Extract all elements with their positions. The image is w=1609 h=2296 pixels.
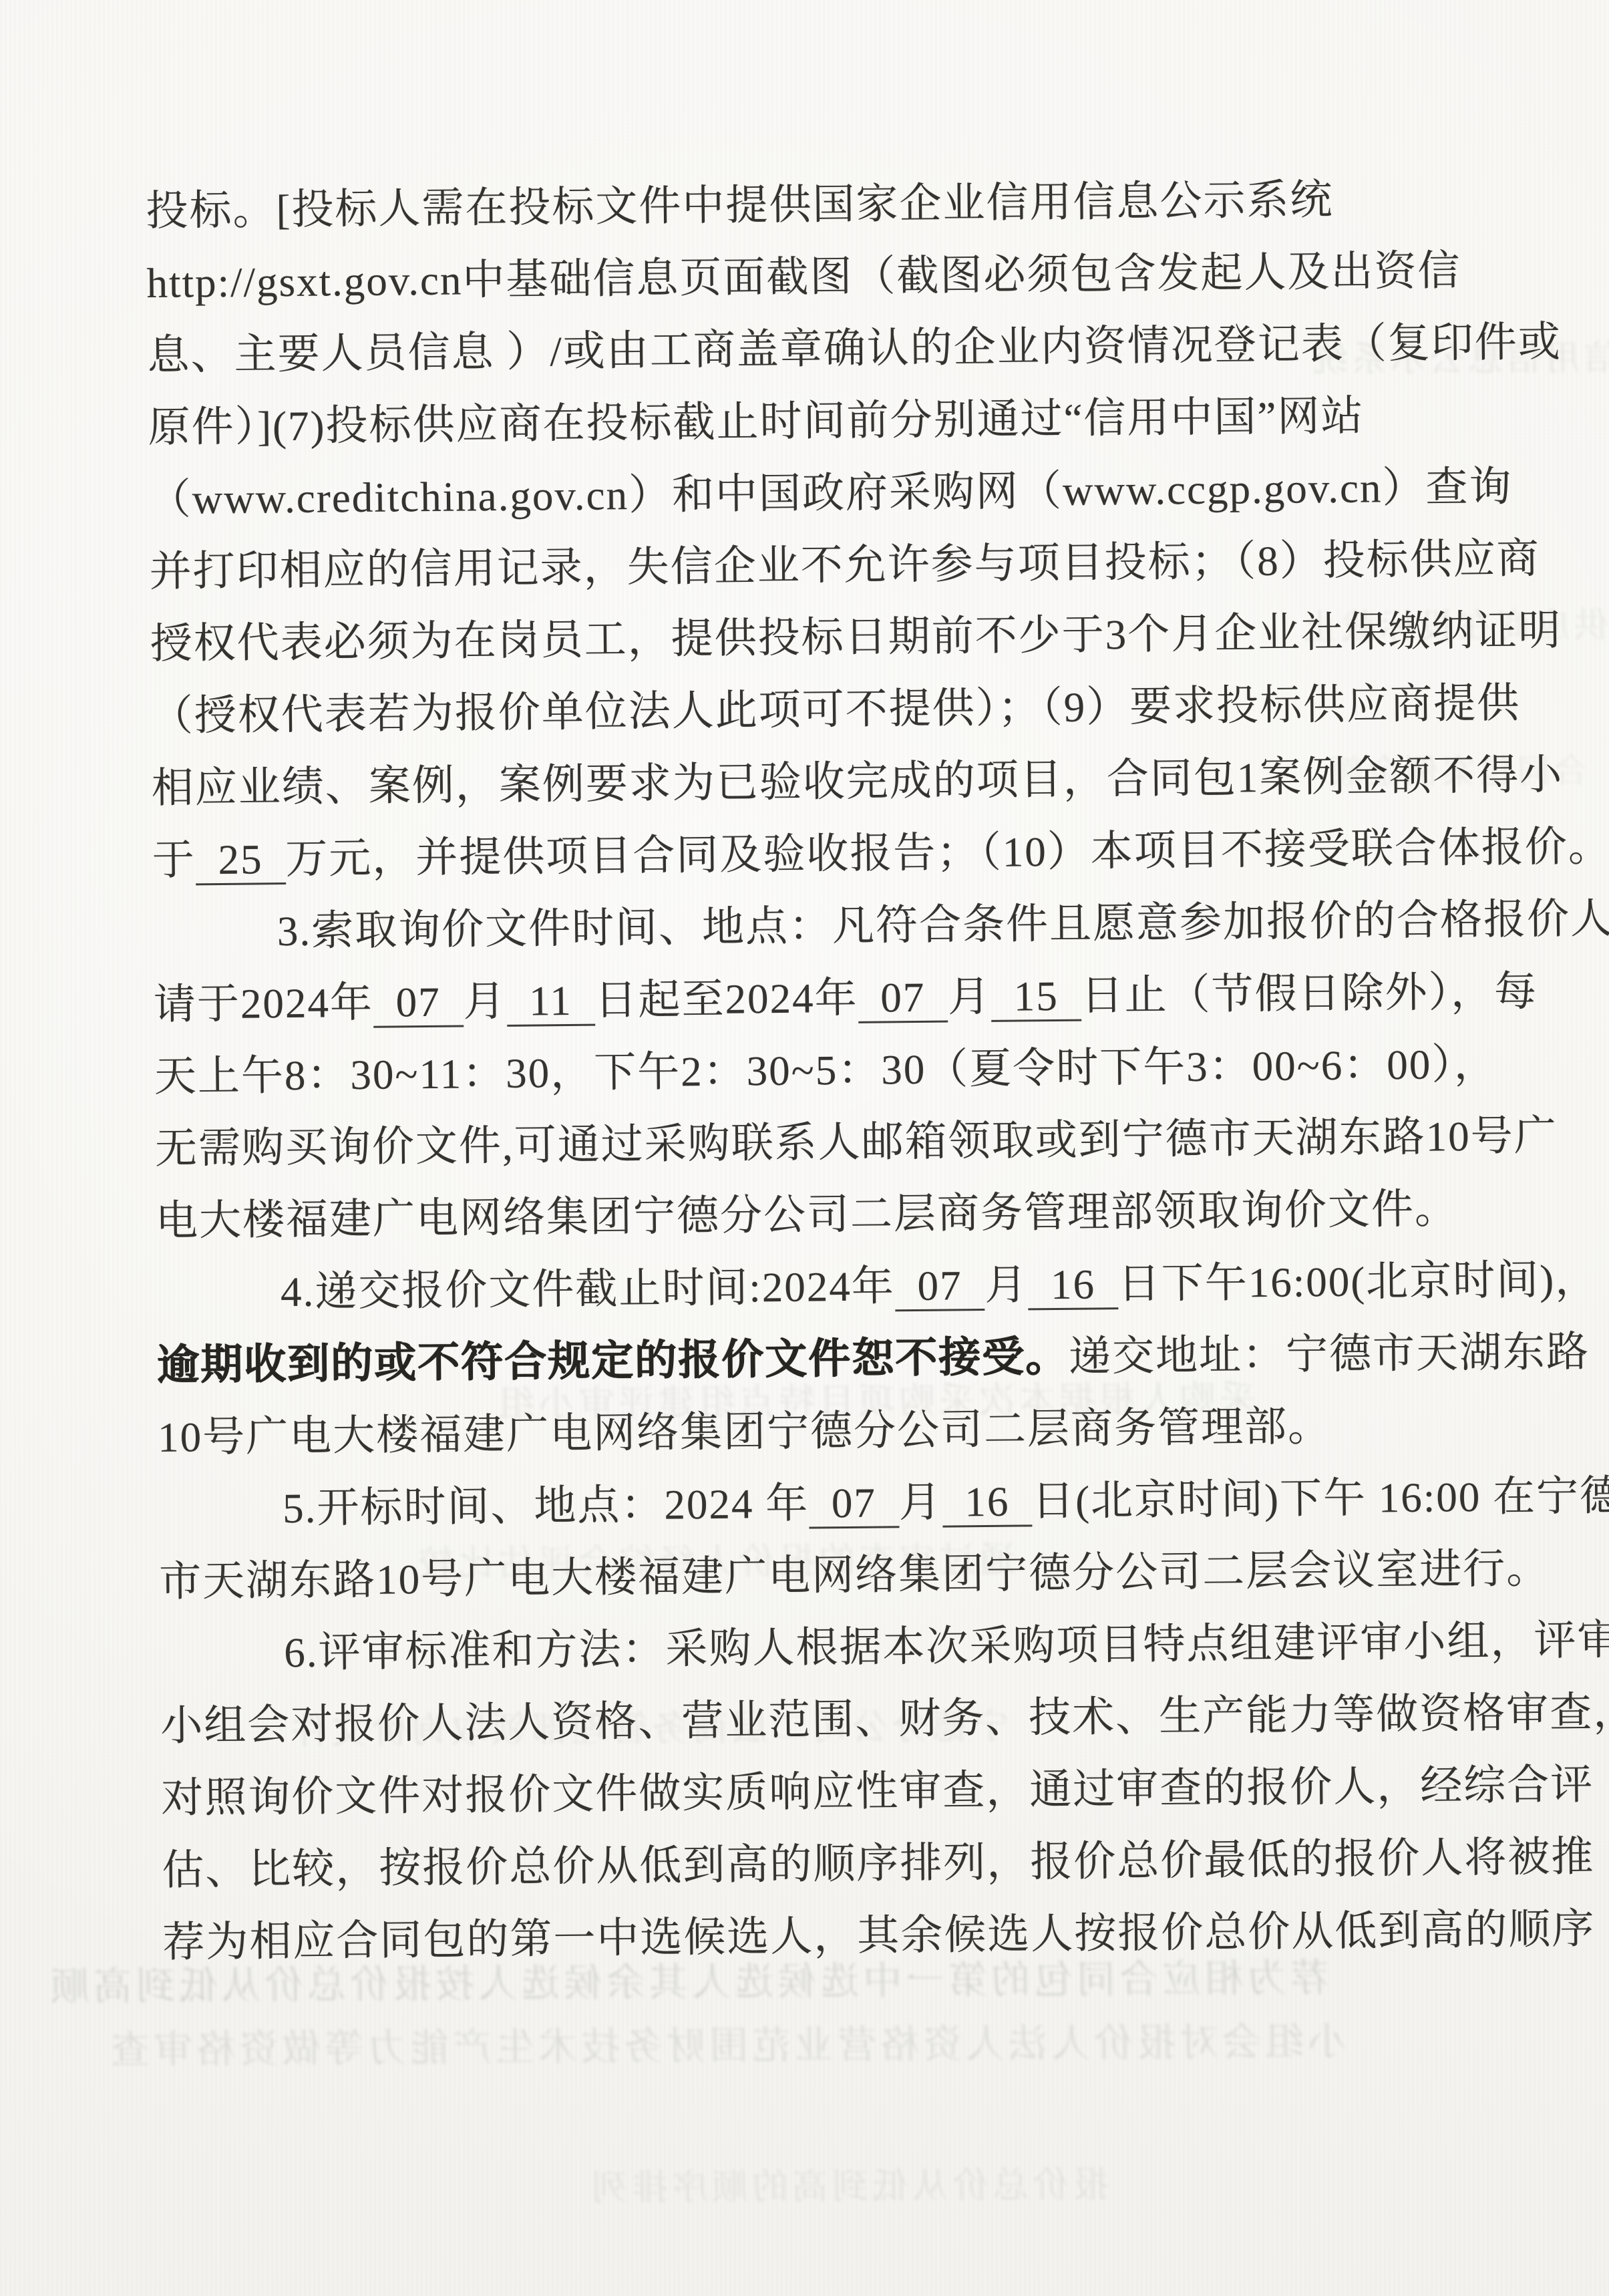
text-segment: 相应业绩、案例，案例要求为已验收完成的项目，合同包1案例金额不得小 (151, 752, 1563, 812)
text-segment: 日止（节假日除外），每 (1081, 968, 1538, 1019)
text-segment: http://gsxt.gov.cn中基础信息页面截图（截图必须包含发起人及出资… (146, 247, 1461, 307)
bleedthrough-text: 报价总价从低到高的顺序排列 (588, 2156, 1109, 2210)
text-line-25: 荐为相应合同包的第一中选候选人，其余候选人按报价总价从低到高的顺序 (162, 1893, 1552, 1979)
text-line-7: 授权代表必须为在岗员工，提供投标日期前不少于3个月企业社保缴纳证明 (150, 595, 1540, 680)
text-segment: 月 (898, 1479, 942, 1526)
bleedthrough-text: 小组会对报价人法人资格营业范围财务技术生产能力等做资格审查 (107, 2010, 1347, 2075)
text-segment: 日起至2024年 (594, 975, 858, 1024)
text-segment: 天上午8：30~11：30，下午2：30~5：30（夏令时下午3：00~6：00… (154, 1041, 1498, 1100)
emphasized-text-segment: 逾期收到的或不符合规定的报价文件恕不接受。 (157, 1333, 1069, 1389)
scanned-document-page: 荐为相应合同包的第一中选候选人其余候选人按报价总价从低到高顺小组会对报价人法人资… (0, 0, 1609, 2296)
text-segment: 市天湖东路10号广电大楼福建广电网络集团宁德分公司二层会议室进行。 (159, 1545, 1550, 1605)
text-line-13: 天上午8：30~11：30，下午2：30~5：30（夏令时下午3：00~6：00… (154, 1027, 1544, 1113)
text-segment: 4.递交报价文件截止时间:2024年 (281, 1263, 895, 1315)
text-segment: 3.索取询价文件时间、地点：凡符合条件且愿意参加报价的合格报价人 (277, 895, 1609, 955)
text-line-17: 逾期收到的或不符合规定的报价文件恕不接受。递交地址：宁德市天湖东路 (157, 1316, 1547, 1402)
text-line-6: 并打印相应的信用记录，失信企业不允许参与项目投标；（8）投标供应商 (149, 522, 1539, 608)
text-segment: 月 (985, 1261, 1029, 1309)
underlined-blank-value: 15 (991, 973, 1081, 1022)
text-segment: 对照询价文件对报价文件做实质响应性审查，通过审查的报价人，经综合评 (161, 1761, 1594, 1822)
underlined-blank-value: 16 (1028, 1261, 1118, 1310)
text-segment: 请于2024年 (154, 979, 374, 1028)
text-segment: 月 (948, 973, 992, 1021)
text-segment: 6.评审标准和方法：采购人根据本次采购项目特点组建评审小组，评审 (284, 1617, 1609, 1676)
text-segment: （授权代表若为报价单位法人此项可不提供）；（9）要求投标供应商提供 (150, 679, 1520, 740)
text-line-18: 10号广电大楼福建广电网络集团宁德分公司二层商务管理部。 (158, 1388, 1548, 1474)
underlined-blank-value: 25 (196, 836, 286, 885)
text-segment: 5.开标时间、地点：2024 年 (283, 1480, 810, 1532)
underlined-blank-value: 16 (942, 1478, 1032, 1527)
text-line-23: 对照询价文件对报价文件做实质响应性审查，通过审查的报价人，经综合评 (161, 1749, 1551, 1834)
text-segment: 递交地址：宁德市天湖东路 (1069, 1328, 1590, 1379)
text-line-19: 5.开标时间、地点：2024 年 07 月 16 日(北京时间)下午 16:00… (158, 1460, 1548, 1546)
text-segment: 并打印相应的信用记录，失信企业不允许参与项目投标；（8）投标供应商 (149, 535, 1540, 595)
text-segment: 估、比较，按报价总价从低到高的顺序排列，报价总价最低的报价人将被推 (162, 1833, 1595, 1894)
text-line-11: 3.索取询价文件时间、地点：凡符合条件且愿意参加报价的合格报价人 (152, 883, 1542, 969)
text-segment: 授权代表必须为在岗员工，提供投标日期前不少于3个月企业社保缴纳证明 (150, 607, 1562, 667)
text-segment: 日(北京时间)下午 16:00 在宁德 (1032, 1472, 1609, 1524)
text-segment: 于 (152, 836, 196, 884)
text-line-10: 于 25 万元，并提供项目合同及验收报告；（10）本项目不接受联合体报价。 (152, 811, 1542, 896)
text-segment: 荐为相应合同包的第一中选候选人，其余候选人按报价总价从低到高的顺序 (162, 1905, 1596, 1966)
text-line-12: 请于2024年 07 月 11 日起至2024年 07 月 15 日止（节假日除… (153, 955, 1543, 1041)
text-segment: 小组会对报价人法人资格、营业范围、财务、技术、生产能力等做资格审查， (160, 1689, 1609, 1750)
underlined-blank-value: 07 (858, 974, 948, 1023)
text-segment: （www.creditchina.gov.cn）和中国政府采购网（www.ccg… (148, 463, 1512, 523)
text-segment: 投标。[投标人需在投标文件中提供国家企业信用信息公示系统 (146, 176, 1334, 234)
text-segment: 无需购买询价文件,可通过采购联系人邮箱领取或到宁德市天湖东路10号广 (155, 1112, 1558, 1172)
text-segment: 月 (463, 978, 507, 1025)
text-line-1: 投标。[投标人需在投标文件中提供国家企业信用信息公示系统 (146, 162, 1536, 247)
text-line-15: 电大楼福建广电网络集团宁德分公司二层商务管理部领取询价文件。 (156, 1172, 1546, 1257)
text-line-8: （授权代表若为报价单位法人此项可不提供）；（9）要求投标供应商提供 (150, 667, 1540, 752)
text-line-2: http://gsxt.gov.cn中基础信息页面截图（截图必须包含发起人及出资… (146, 234, 1536, 319)
text-line-20: 市天湖东路10号广电大楼福建广电网络集团宁德分公司二层会议室进行。 (159, 1532, 1549, 1618)
text-line-5: （www.creditchina.gov.cn）和中国政府采购网（www.ccg… (148, 450, 1538, 536)
text-line-9: 相应业绩、案例，案例要求为已验收完成的项目，合同包1案例金额不得小 (151, 739, 1541, 824)
text-segment: 万元，并提供项目合同及验收报告；（10）本项目不接受联合体报价。 (285, 823, 1609, 882)
text-line-21: 6.评审标准和方法：采购人根据本次采购项目特点组建评审小组，评审 (160, 1605, 1550, 1690)
text-line-4: 原件）](7)投标供应商在投标截止时间前分别通过“信用中国”网站 (148, 378, 1538, 464)
underlined-blank-value: 07 (894, 1262, 985, 1311)
underlined-blank-value: 11 (506, 977, 595, 1027)
text-segment: 日下午16:00(北京时间)， (1117, 1256, 1598, 1307)
text-segment: 电大楼福建广电网络集团宁德分公司二层商务管理部领取询价文件。 (156, 1185, 1459, 1245)
text-line-22: 小组会对报价人法人资格、营业范围、财务、技术、生产能力等做资格审查， (160, 1677, 1550, 1762)
document-body: 投标。[投标人需在投标文件中提供国家企业信用信息公示系统http://gsxt.… (146, 162, 1552, 1979)
underlined-blank-value: 07 (373, 978, 464, 1027)
text-line-24: 估、比较，按报价总价从低到高的顺序排列，报价总价最低的报价人将被推 (162, 1821, 1552, 1907)
text-line-14: 无需购买询价文件,可通过采购联系人邮箱领取或到宁德市天湖东路10号广 (154, 1100, 1544, 1185)
text-line-16: 4.递交报价文件截止时间:2024年 07 月 16 日下午16:00(北京时间… (156, 1244, 1546, 1329)
text-segment: 10号广电大楼福建广电网络集团宁德分公司二层商务管理部。 (158, 1403, 1332, 1461)
text-line-3: 息、主要人员信息 ）/或由工商盖章确认的企业内资情况登记表（复印件或 (147, 306, 1537, 391)
text-segment: 原件）](7)投标供应商在投标截止时间前分别通过“信用中国”网站 (148, 393, 1364, 451)
text-segment: 息、主要人员信息 ）/或由工商盖章确认的企业内资情况登记表（复印件或 (147, 319, 1562, 379)
underlined-blank-value: 07 (809, 1479, 899, 1528)
